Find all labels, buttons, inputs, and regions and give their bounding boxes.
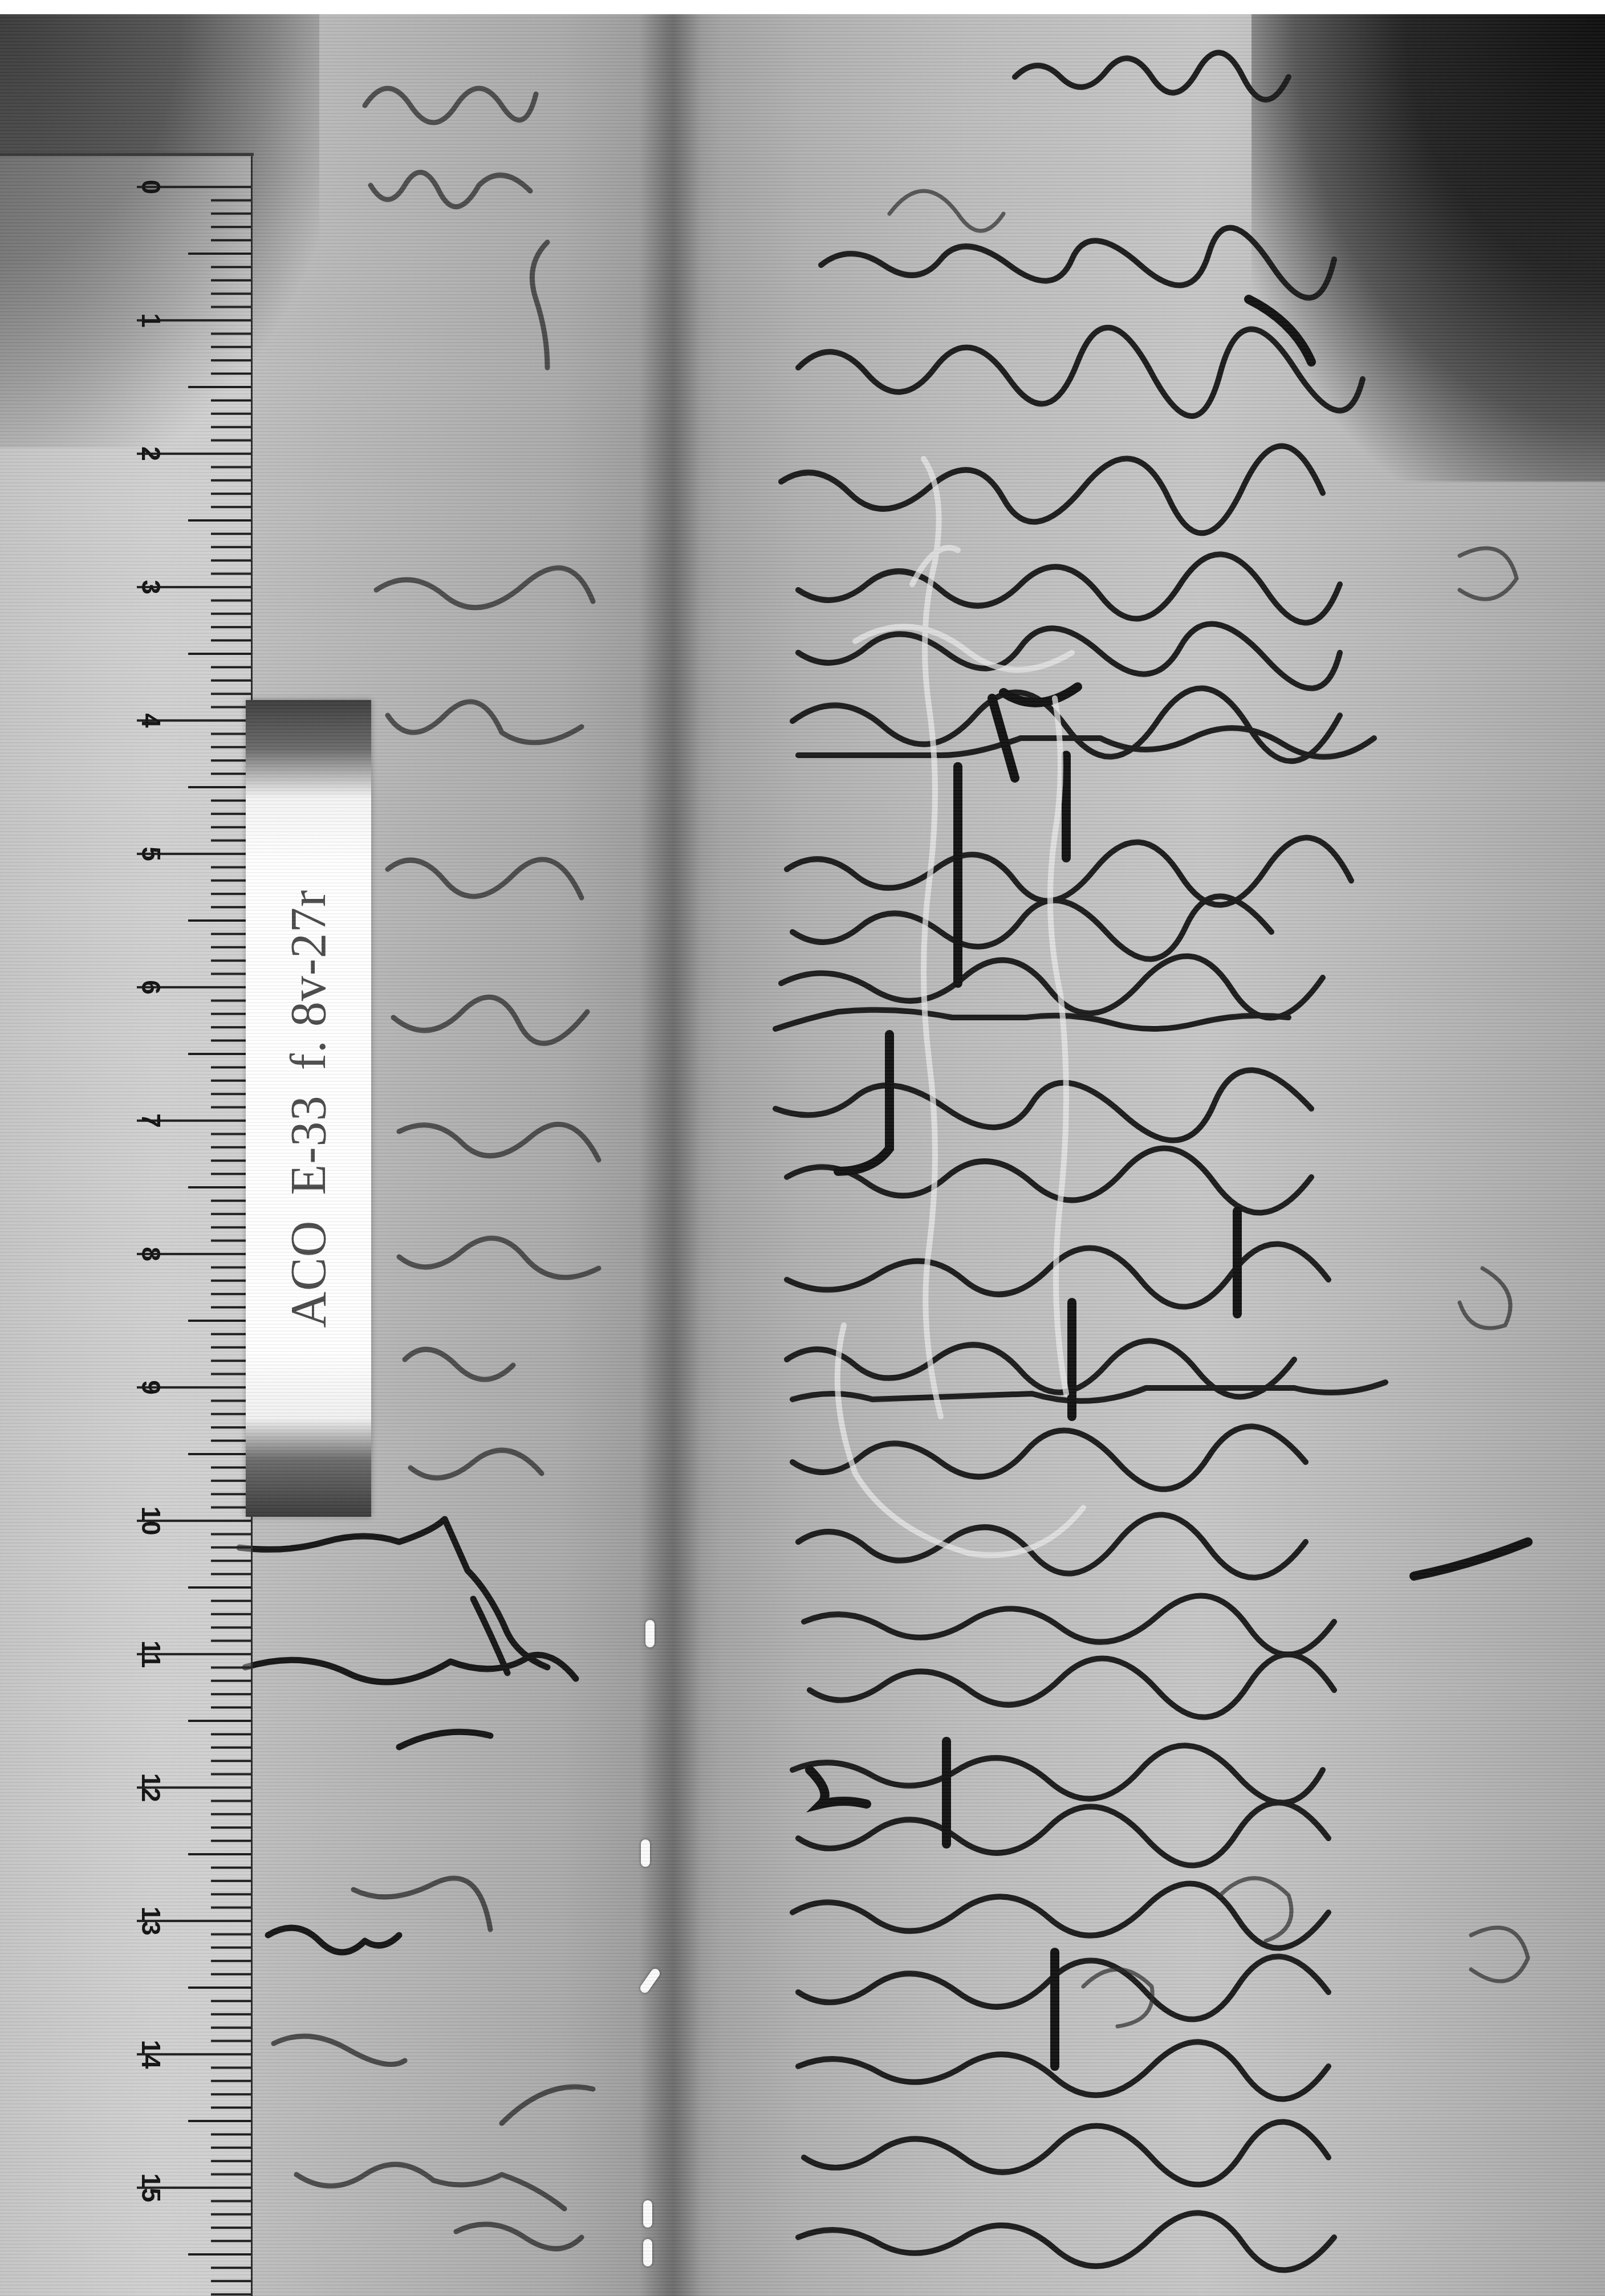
ruler-label-5: 5: [138, 834, 164, 874]
ruler-label-11: 11: [138, 1634, 164, 1674]
stitch-hole: [645, 1620, 655, 1647]
ruler-label-8: 8: [138, 1234, 164, 1274]
stitch-hole: [643, 2200, 652, 2228]
ruler-top-edge: [0, 153, 254, 156]
stitch-hole: [641, 1839, 650, 1867]
ruler-label-3: 3: [138, 567, 164, 607]
manuscript-photo: 0123456789101112131415 ACOE-33f. 8v-27r: [0, 14, 1605, 2296]
ruler-ticks: [0, 153, 251, 2296]
ruler-label-6: 6: [138, 967, 164, 1007]
shelfmark-label-text: ACOE-33f. 8v-27r: [280, 877, 338, 1340]
measuring-ruler: [0, 153, 253, 2296]
ruler-label-12: 12: [138, 1768, 164, 1808]
ruler-label-14: 14: [138, 2034, 164, 2074]
collection-code: ACO: [281, 1220, 336, 1328]
shelfmark: E-33: [281, 1095, 336, 1195]
ruler-label-13: 13: [138, 1901, 164, 1941]
ruler-label-4: 4: [138, 701, 164, 740]
ruler-label-10: 10: [138, 1501, 164, 1541]
ruler-label-9: 9: [138, 1367, 164, 1407]
ruler-label-7: 7: [138, 1101, 164, 1141]
ruler-label-15: 15: [138, 2168, 164, 2208]
shelfmark-label-card: ACOE-33f. 8v-27r: [246, 700, 371, 1517]
ruler-label-2: 2: [138, 434, 164, 474]
ruler-label-0: 0: [138, 167, 164, 207]
folio-range: f. 8v-27r: [281, 889, 336, 1070]
ruler-label-1: 1: [138, 300, 164, 340]
stitch-hole: [643, 2239, 652, 2266]
